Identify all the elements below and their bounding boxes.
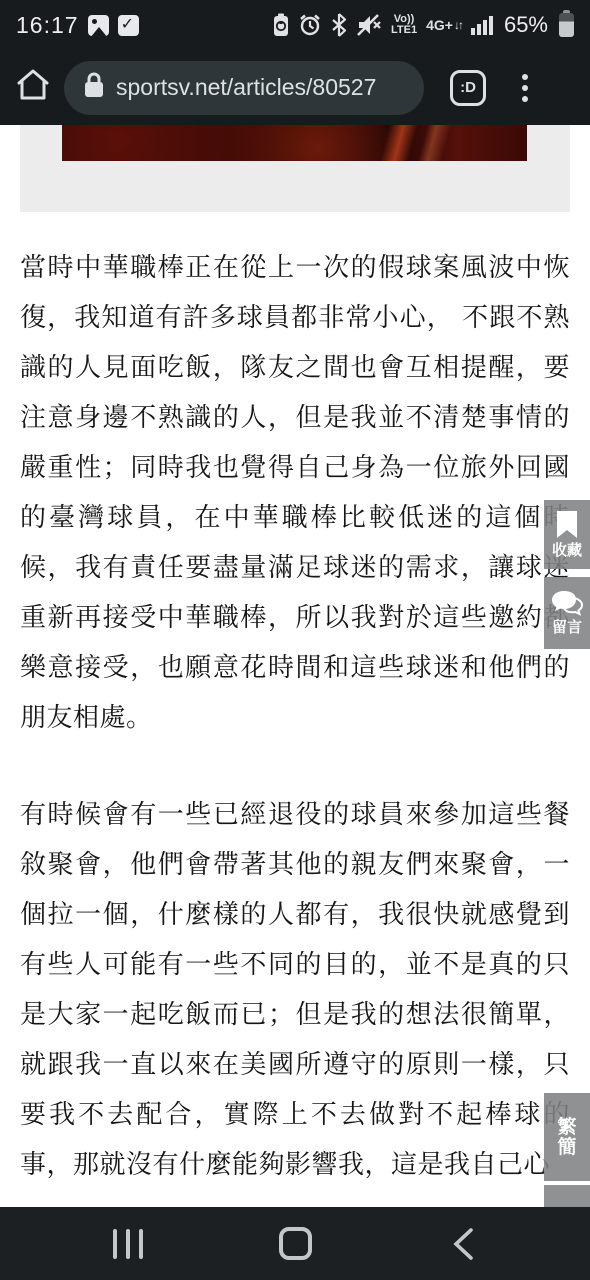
home-button[interactable] <box>255 1214 335 1274</box>
bookmark-button[interactable]: 收藏 <box>544 500 590 569</box>
browser-toolbar: sportsv.net/articles/80527 :D <box>0 50 590 125</box>
article-paragraph-2: 有時候會有一些已經退役的球員來參加這些餐敘聚會，他們會帶著其他的親友們來聚會，一… <box>20 789 570 1189</box>
status-bar: 16:17 Vo)) LTE1 4G+ ↓↑ 65% <box>0 0 590 50</box>
comment-label: 留言 <box>552 619 582 636</box>
home-icon[interactable] <box>14 67 52 108</box>
traditional-label: 繁 <box>557 1119 576 1136</box>
back-button[interactable] <box>423 1214 503 1274</box>
bluetooth-icon <box>331 13 347 37</box>
url-bar[interactable]: sportsv.net/articles/80527 <box>64 61 424 115</box>
home-square-icon <box>279 1227 312 1260</box>
recents-button[interactable] <box>88 1214 168 1274</box>
scroll-to-top-button[interactable]: ↑ <box>544 1185 590 1207</box>
mobile-data-indicator: 4G+ ↓↑ <box>426 18 462 32</box>
mute-icon <box>356 13 382 37</box>
comment-bubbles-icon <box>551 590 583 616</box>
bookmark-label: 收藏 <box>552 542 582 559</box>
checkbox-notification-icon <box>118 15 139 36</box>
article-paragraph-1: 當時中華職棒正在從上一次的假球案風波中恢復，我知道有許多球員都非常小心， 不跟不… <box>20 242 570 742</box>
article-image <box>62 125 527 161</box>
tab-count-badge: :D <box>460 79 476 96</box>
battery-percent: 65% <box>504 12 548 38</box>
lock-icon <box>84 72 104 103</box>
image-notification-icon <box>88 15 109 36</box>
bookmark-icon <box>555 511 579 539</box>
back-chevron-icon <box>452 1227 474 1261</box>
volte-indicator: Vo)) LTE1 <box>391 14 417 36</box>
recents-icon <box>113 1229 143 1259</box>
article-figure <box>20 125 570 212</box>
web-page: 當時中華職棒正在從上一次的假球案風波中恢復，我知道有許多球員都非常小心， 不跟不… <box>0 125 590 1207</box>
battery-saver-icon <box>273 13 289 37</box>
signal-strength-icon <box>471 14 495 36</box>
url-text: sportsv.net/articles/80527 <box>116 74 376 101</box>
battery-icon <box>559 13 574 37</box>
simplified-label: 簡 <box>557 1139 576 1156</box>
article-body: 當時中華職棒正在從上一次的假球案風波中恢復，我知道有許多球員都非常小心， 不跟不… <box>0 242 590 1189</box>
clock: 16:17 <box>16 12 79 39</box>
up-arrow-icon: ↑ <box>560 1201 574 1207</box>
alarm-icon <box>298 13 322 37</box>
tab-switcher-button[interactable]: :D <box>450 70 486 106</box>
browser-menu-button[interactable] <box>518 70 532 106</box>
traditional-simplified-toggle[interactable]: 繁 簡 <box>544 1093 590 1181</box>
system-navigation-bar <box>0 1207 590 1280</box>
comment-button[interactable]: 留言 <box>544 577 590 649</box>
